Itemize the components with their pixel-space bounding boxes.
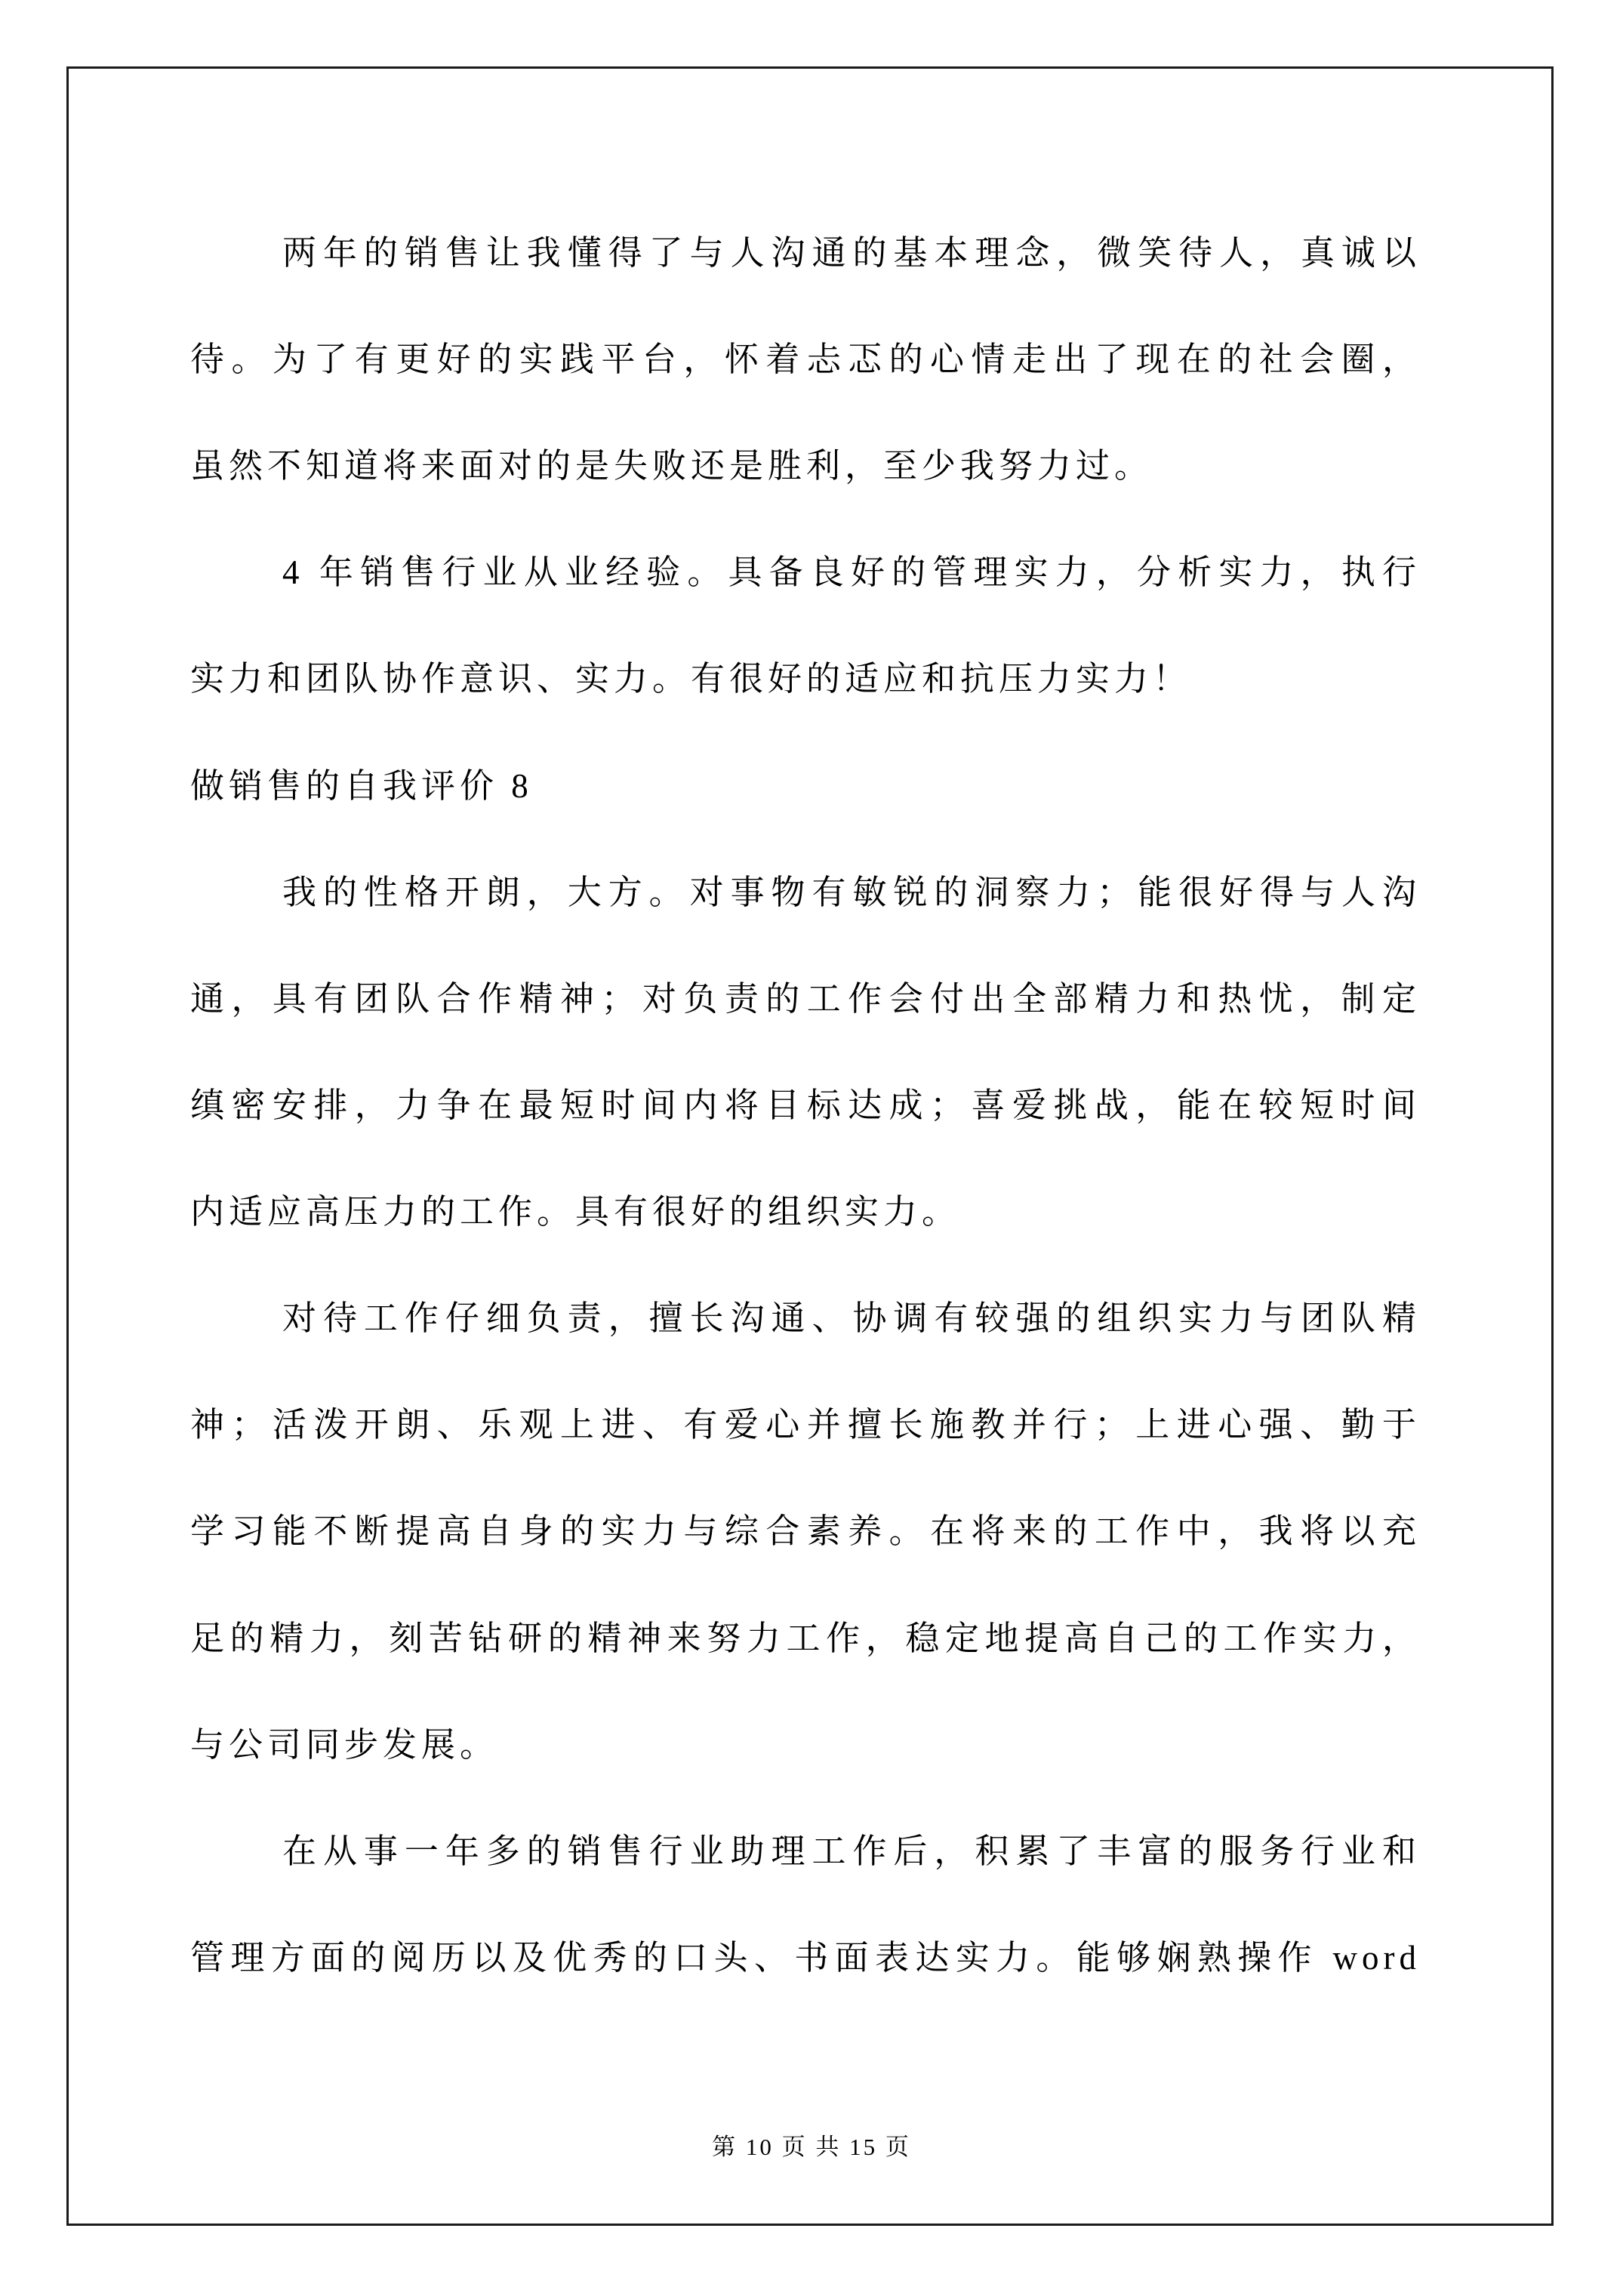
text-line: 神；活泼开朗、乐观上进、有爱心并擅长施教并行；上进心强、勤于 (190, 1404, 1421, 1449)
text-line: 虽然不知道将来面对的是失败还是胜利，至少我努力过。 (190, 445, 1421, 490)
text-line: 与公司同步发展。 (190, 1724, 1421, 1769)
text-line: 足的精力，刻苦钻研的精神来努力工作，稳定地提高自己的工作实力， (190, 1617, 1421, 1663)
text-line: 4 年销售行业从业经验。具备良好的管理实力，分析实力，执行 (190, 551, 1421, 596)
text-line: 在从事一年多的销售行业助理工作后，积累了丰富的服务行业和 (190, 1830, 1421, 1875)
document-page: 两年的销售让我懂得了与人沟通的基本理念，微笑待人，真诚以 待。为了有更好的实践平… (0, 0, 1623, 2296)
text-line: 缜密安排，力争在最短时间内将目标达成；喜爱挑战，能在较短时间 (190, 1084, 1421, 1130)
text-line: 内适应高压力的工作。具有很好的组织实力。 (190, 1191, 1421, 1236)
text-line: 待。为了有更好的实践平台，怀着忐忑的心情走出了现在的社会圈， (190, 338, 1421, 384)
text-layer: 两年的销售让我懂得了与人沟通的基本理念，微笑待人，真诚以 待。为了有更好的实践平… (190, 0, 1421, 2296)
text-line: 学习能不断提高自身的实力与综合素养。在将来的工作中，我将以充 (190, 1510, 1421, 1555)
text-line: 通，具有团队合作精神；对负责的工作会付出全部精力和热忧，制定 (190, 978, 1421, 1023)
page-footer: 第 10 页 共 15 页 (0, 2128, 1623, 2162)
text-line: 我的性格开朗，大方。对事物有敏锐的洞察力；能很好得与人沟 (190, 871, 1421, 917)
text-line: 对待工作仔细负责，擅长沟通、协调有较强的组织实力与团队精 (190, 1297, 1421, 1342)
text-line: 两年的销售让我懂得了与人沟通的基本理念，微笑待人，真诚以 (190, 232, 1421, 277)
section-heading: 做销售的自我评价 8 (190, 765, 1421, 810)
text-line: 实力和团队协作意识、实力。有很好的适应和抗压力实力！ (190, 658, 1421, 703)
text-line: 管理方面的阅历以及优秀的口头、书面表达实力。能够娴熟操作 word (190, 1937, 1421, 1982)
